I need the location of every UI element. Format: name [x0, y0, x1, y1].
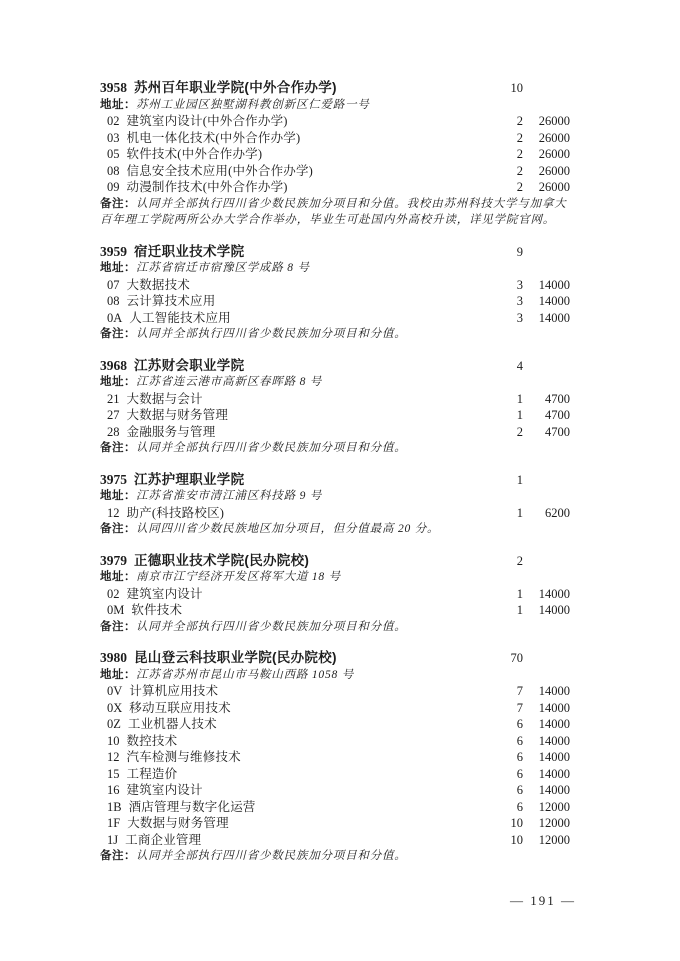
school-code: 3980 — [100, 650, 127, 667]
address-text: 江苏省苏州市昆山市马鞍山西路 1058 号 — [136, 669, 354, 681]
major-code: 12 — [107, 505, 120, 522]
major-row: 0X 移动互联应用技术 7 14000 — [100, 700, 570, 717]
major-plan-count: 10 — [489, 815, 523, 832]
major-name: 信息安全技术应用(中外合作办学) — [127, 163, 490, 180]
major-tuition-fee: 4700 — [523, 407, 570, 424]
major-row: 07 大数据技术 3 14000 — [100, 277, 570, 294]
school-total-count: 2 — [489, 553, 523, 570]
major-name: 建筑室内设计 — [127, 782, 490, 799]
school-code: 3968 — [100, 358, 127, 375]
major-tuition-fee: 14000 — [523, 733, 570, 750]
major-code: 08 — [107, 293, 120, 310]
address-label: 地址： — [100, 490, 136, 502]
major-name: 建筑室内设计 — [127, 586, 490, 603]
major-tuition-fee: 14000 — [523, 586, 570, 603]
major-tuition-fee: 14000 — [523, 782, 570, 799]
major-row: 21 大数据与会计 1 4700 — [100, 391, 570, 408]
major-row: 03 机电一体化技术(中外合作办学) 2 26000 — [100, 130, 570, 147]
major-plan-count: 7 — [489, 683, 523, 700]
school-name: 江苏财会职业学院 — [134, 358, 489, 375]
address-line: 地址：江苏省宿迁市宿豫区学成路 8 号 — [100, 260, 570, 277]
major-name: 大数据与财务管理 — [127, 815, 489, 832]
major-code: 1B — [107, 799, 122, 816]
school-total-count: 70 — [489, 650, 523, 667]
note-line: 备注：认同并全部执行四川省少数民族加分项目和分值。 — [100, 326, 570, 343]
address-line: 地址：江苏省淮安市清江浦区科技路 9 号 — [100, 488, 570, 505]
major-name: 工业机器人技术 — [128, 716, 489, 733]
major-name: 工程造价 — [127, 766, 490, 783]
major-row: 08 云计算技术应用 3 14000 — [100, 293, 570, 310]
address-text: 苏州工业园区独墅湖科教创新区仁爱路一号 — [136, 99, 370, 111]
note-label: 备注： — [100, 523, 136, 535]
note-line: 备注：认同并全部执行四川省少数民族加分项目和分值。 — [100, 440, 570, 457]
note-line: 备注：认同并全部执行四川省少数民族加分项目和分值。 — [100, 619, 570, 636]
address-label: 地址： — [100, 262, 136, 274]
address-line: 地址：江苏省苏州市昆山市马鞍山西路 1058 号 — [100, 667, 570, 684]
major-tuition-fee: 4700 — [523, 424, 570, 441]
major-row: 10 数控技术 6 14000 — [100, 733, 570, 750]
address-line: 地址：江苏省连云港市高新区春晖路 8 号 — [100, 374, 570, 391]
major-code: 28 — [107, 424, 120, 441]
major-tuition-fee: 14000 — [523, 700, 570, 717]
school-header: 3975 江苏护理职业学院 1 — [100, 472, 570, 489]
note-line: 备注：认同四川省少数民族地区加分项目，但分值最高 20 分。 — [100, 521, 570, 538]
major-code: 05 — [107, 146, 120, 163]
major-row: 1B 酒店管理与数字化运营 6 12000 — [100, 799, 570, 816]
major-code: 02 — [107, 113, 120, 130]
major-row: 16 建筑室内设计 6 14000 — [100, 782, 570, 799]
school-code: 3975 — [100, 472, 127, 489]
school-name: 苏州百年职业学院(中外合作办学) — [134, 80, 489, 97]
major-plan-count: 2 — [489, 146, 523, 163]
major-row: 28 金融服务与管理 2 4700 — [100, 424, 570, 441]
school-total-count: 4 — [489, 358, 523, 375]
address-label: 地址： — [100, 376, 136, 388]
major-plan-count: 10 — [489, 832, 523, 849]
major-tuition-fee: 12000 — [523, 799, 570, 816]
major-name: 金融服务与管理 — [127, 424, 490, 441]
school-header: 3980 昆山登云科技职业学院(民办院校) 70 — [100, 650, 570, 667]
note-text: 认同并全部执行四川省少数民族加分项目和分值。 — [136, 328, 407, 340]
school-code: 3979 — [100, 553, 127, 570]
major-row: 12 汽车检测与维修技术 6 14000 — [100, 749, 570, 766]
major-plan-count: 1 — [489, 602, 523, 619]
major-row: 02 建筑室内设计(中外合作办学) 2 26000 — [100, 113, 570, 130]
school-name: 宿迁职业技术学院 — [134, 244, 489, 261]
major-name: 大数据技术 — [127, 277, 490, 294]
major-tuition-fee: 26000 — [523, 163, 570, 180]
major-name: 大数据与财务管理 — [127, 407, 490, 424]
note-text: 认同并全部执行四川省少数民族加分项目和分值。我校由苏州科技大学与加拿大百年理工学… — [100, 198, 567, 227]
major-tuition-fee: 14000 — [523, 310, 570, 327]
school-code: 3958 — [100, 80, 127, 97]
major-plan-count: 2 — [489, 113, 523, 130]
document-page: 3958 苏州百年职业学院(中外合作办学) 10 地址：苏州工业园区独墅湖科教创… — [0, 0, 680, 961]
major-name: 助产(科技路校区) — [127, 505, 490, 522]
note-line: 备注：认同并全部执行四川省少数民族加分项目和分值。 — [100, 848, 570, 865]
address-label: 地址： — [100, 669, 136, 681]
major-name: 云计算技术应用 — [127, 293, 490, 310]
major-code: 0M — [107, 602, 124, 619]
major-plan-count: 2 — [489, 424, 523, 441]
school-total-count: 1 — [489, 472, 523, 489]
major-code: 07 — [107, 277, 120, 294]
major-name: 机电一体化技术(中外合作办学) — [127, 130, 490, 147]
major-plan-count: 1 — [489, 407, 523, 424]
majors-list: 02 建筑室内设计 1 14000 0M 软件技术 1 14000 — [100, 586, 570, 619]
note-text: 认同并全部执行四川省少数民族加分项目和分值。 — [136, 442, 407, 454]
major-plan-count: 7 — [489, 700, 523, 717]
school-header: 3968 江苏财会职业学院 4 — [100, 358, 570, 375]
major-tuition-fee: 14000 — [523, 277, 570, 294]
school-name: 正德职业技术学院(民办院校) — [134, 553, 489, 570]
major-tuition-fee: 14000 — [523, 749, 570, 766]
major-tuition-fee: 14000 — [523, 683, 570, 700]
major-name: 大数据与会计 — [127, 391, 490, 408]
note-label: 备注： — [100, 198, 136, 210]
major-name: 人工智能技术应用 — [129, 310, 489, 327]
major-code: 21 — [107, 391, 120, 408]
major-tuition-fee: 26000 — [523, 113, 570, 130]
major-row: 1J 工商企业管理 10 12000 — [100, 832, 570, 849]
major-code: 0Z — [107, 716, 121, 733]
address-text: 南京市江宁经济开发区将军大道 18 号 — [136, 571, 341, 583]
major-code: 02 — [107, 586, 120, 603]
note-text: 认同四川省少数民族地区加分项目，但分值最高 20 分。 — [136, 523, 439, 535]
major-name: 计算机应用技术 — [129, 683, 489, 700]
major-name: 酒店管理与数字化运营 — [129, 799, 489, 816]
major-name: 软件技术 — [131, 602, 489, 619]
document-body: 3958 苏州百年职业学院(中外合作办学) 10 地址：苏州工业园区独墅湖科教创… — [100, 80, 570, 880]
major-code: 09 — [107, 179, 120, 196]
major-plan-count: 1 — [489, 586, 523, 603]
majors-list: 12 助产(科技路校区) 1 6200 — [100, 505, 570, 522]
major-row: 0V 计算机应用技术 7 14000 — [100, 683, 570, 700]
section-3979: 3979 正德职业技术学院(民办院校) 2 地址：南京市江宁经济开发区将军大道 … — [100, 553, 570, 636]
major-plan-count: 6 — [489, 749, 523, 766]
major-name: 动漫制作技术(中外合作办学) — [127, 179, 490, 196]
school-total-count: 9 — [489, 244, 523, 261]
section-3958: 3958 苏州百年职业学院(中外合作办学) 10 地址：苏州工业园区独墅湖科教创… — [100, 80, 570, 229]
major-tuition-fee: 4700 — [523, 391, 570, 408]
address-line: 地址：南京市江宁经济开发区将军大道 18 号 — [100, 569, 570, 586]
note-text: 认同并全部执行四川省少数民族加分项目和分值。 — [136, 850, 407, 862]
major-name: 移动互联应用技术 — [129, 700, 489, 717]
major-row: 0A 人工智能技术应用 3 14000 — [100, 310, 570, 327]
note-label: 备注： — [100, 850, 136, 862]
school-header: 3958 苏州百年职业学院(中外合作办学) 10 — [100, 80, 570, 97]
major-code: 0X — [107, 700, 122, 717]
major-row: 1F 大数据与财务管理 10 12000 — [100, 815, 570, 832]
major-row: 08 信息安全技术应用(中外合作办学) 2 26000 — [100, 163, 570, 180]
note-label: 备注： — [100, 621, 136, 633]
major-plan-count: 2 — [489, 130, 523, 147]
major-name: 工商企业管理 — [125, 832, 489, 849]
major-tuition-fee: 14000 — [523, 766, 570, 783]
major-code: 27 — [107, 407, 120, 424]
major-name: 数控技术 — [127, 733, 490, 750]
major-plan-count: 6 — [489, 733, 523, 750]
address-text: 江苏省淮安市清江浦区科技路 9 号 — [136, 490, 322, 502]
address-text: 江苏省连云港市高新区春晖路 8 号 — [136, 376, 322, 388]
majors-list: 07 大数据技术 3 14000 08 云计算技术应用 3 14000 0A 人… — [100, 277, 570, 327]
school-header: 3979 正德职业技术学院(民办院校) 2 — [100, 553, 570, 570]
major-row: 0Z 工业机器人技术 6 14000 — [100, 716, 570, 733]
page-number: — 191 — — [510, 893, 576, 909]
major-tuition-fee: 6200 — [523, 505, 570, 522]
major-row: 27 大数据与财务管理 1 4700 — [100, 407, 570, 424]
major-plan-count: 6 — [489, 799, 523, 816]
note-text: 认同并全部执行四川省少数民族加分项目和分值。 — [136, 621, 407, 633]
major-plan-count: 2 — [489, 179, 523, 196]
address-text: 江苏省宿迁市宿豫区学成路 8 号 — [136, 262, 310, 274]
major-tuition-fee: 26000 — [523, 146, 570, 163]
address-label: 地址： — [100, 571, 136, 583]
major-row: 0M 软件技术 1 14000 — [100, 602, 570, 619]
section-3968: 3968 江苏财会职业学院 4 地址：江苏省连云港市高新区春晖路 8 号 21 … — [100, 358, 570, 457]
major-code: 1F — [107, 815, 120, 832]
major-row: 09 动漫制作技术(中外合作办学) 2 26000 — [100, 179, 570, 196]
major-plan-count: 6 — [489, 782, 523, 799]
major-code: 15 — [107, 766, 120, 783]
major-plan-count: 1 — [489, 505, 523, 522]
section-3980: 3980 昆山登云科技职业学院(民办院校) 70 地址：江苏省苏州市昆山市马鞍山… — [100, 650, 570, 865]
school-name: 江苏护理职业学院 — [134, 472, 489, 489]
major-tuition-fee: 14000 — [523, 293, 570, 310]
major-tuition-fee: 12000 — [523, 832, 570, 849]
major-plan-count: 6 — [489, 716, 523, 733]
major-row: 15 工程造价 6 14000 — [100, 766, 570, 783]
major-tuition-fee: 14000 — [523, 716, 570, 733]
major-code: 10 — [107, 733, 120, 750]
school-name: 昆山登云科技职业学院(民办院校) — [134, 650, 489, 667]
major-code: 0V — [107, 683, 122, 700]
school-total-count: 10 — [489, 80, 523, 97]
section-3959: 3959 宿迁职业技术学院 9 地址：江苏省宿迁市宿豫区学成路 8 号 07 大… — [100, 244, 570, 343]
major-tuition-fee: 12000 — [523, 815, 570, 832]
address-label: 地址： — [100, 99, 136, 111]
school-header: 3959 宿迁职业技术学院 9 — [100, 244, 570, 261]
majors-list: 02 建筑室内设计(中外合作办学) 2 26000 03 机电一体化技术(中外合… — [100, 113, 570, 196]
note-label: 备注： — [100, 442, 136, 454]
section-3975: 3975 江苏护理职业学院 1 地址：江苏省淮安市清江浦区科技路 9 号 12 … — [100, 472, 570, 538]
major-plan-count: 3 — [489, 277, 523, 294]
major-plan-count: 3 — [489, 293, 523, 310]
majors-list: 21 大数据与会计 1 4700 27 大数据与财务管理 1 4700 28 金… — [100, 391, 570, 441]
major-code: 03 — [107, 130, 120, 147]
address-line: 地址：苏州工业园区独墅湖科教创新区仁爱路一号 — [100, 97, 570, 114]
major-tuition-fee: 14000 — [523, 602, 570, 619]
majors-list: 0V 计算机应用技术 7 14000 0X 移动互联应用技术 7 14000 0… — [100, 683, 570, 848]
note-line: 备注：认同并全部执行四川省少数民族加分项目和分值。我校由苏州科技大学与加拿大百年… — [100, 196, 570, 229]
major-row: 12 助产(科技路校区) 1 6200 — [100, 505, 570, 522]
major-code: 1J — [107, 832, 118, 849]
major-code: 12 — [107, 749, 120, 766]
major-code: 16 — [107, 782, 120, 799]
major-code: 0A — [107, 310, 122, 327]
major-name: 汽车检测与维修技术 — [127, 749, 490, 766]
school-code: 3959 — [100, 244, 127, 261]
major-plan-count: 1 — [489, 391, 523, 408]
major-tuition-fee: 26000 — [523, 179, 570, 196]
major-plan-count: 6 — [489, 766, 523, 783]
note-label: 备注： — [100, 328, 136, 340]
major-row: 05 软件技术(中外合作办学) 2 26000 — [100, 146, 570, 163]
major-row: 02 建筑室内设计 1 14000 — [100, 586, 570, 603]
major-plan-count: 2 — [489, 163, 523, 180]
major-plan-count: 3 — [489, 310, 523, 327]
major-name: 建筑室内设计(中外合作办学) — [127, 113, 490, 130]
major-code: 08 — [107, 163, 120, 180]
major-tuition-fee: 26000 — [523, 130, 570, 147]
major-name: 软件技术(中外合作办学) — [127, 146, 490, 163]
